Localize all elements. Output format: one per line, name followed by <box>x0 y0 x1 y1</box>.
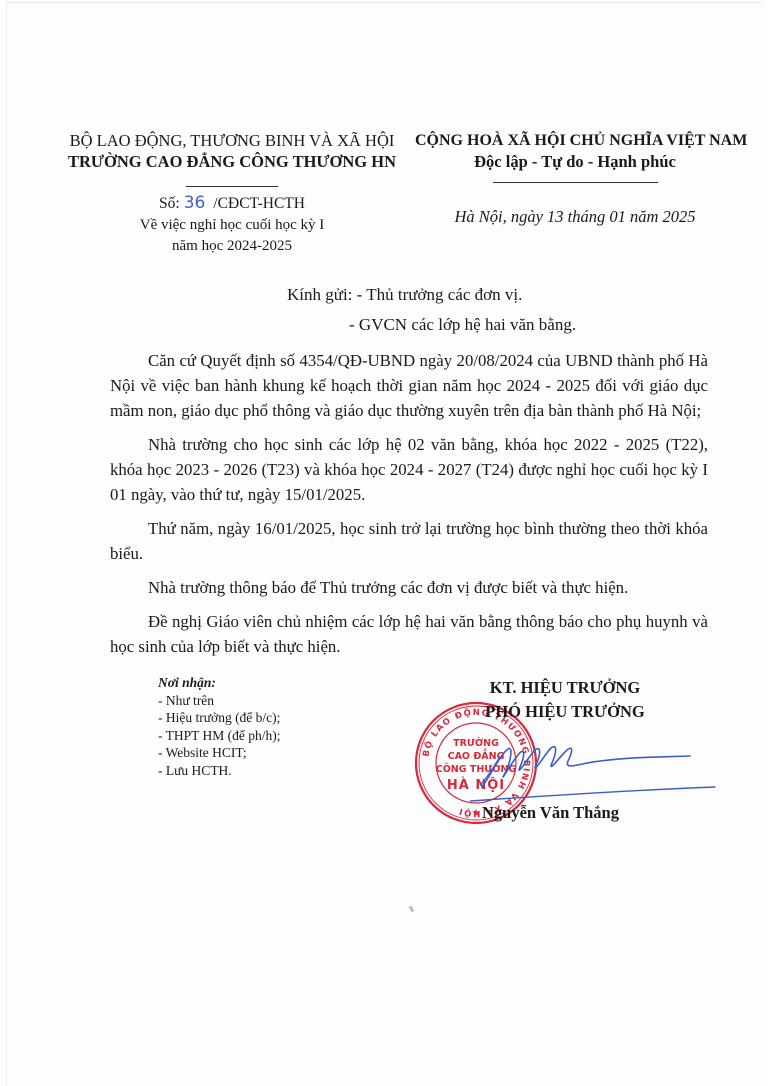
document-body: Căn cứ Quyết định số 4354/QĐ-UBND ngày 2… <box>110 348 708 668</box>
body-paragraph: Căn cứ Quyết định số 4354/QĐ-UBND ngày 2… <box>110 348 708 423</box>
national-motto: Độc lập - Tự do - Hạnh phúc <box>415 152 735 172</box>
document-number-label: Số: <box>159 195 180 212</box>
distribution-title: Nơi nhận: <box>158 674 281 692</box>
document-number-suffix: /CĐCT-HCTH <box>213 195 305 212</box>
body-paragraph: Thứ năm, ngày 16/01/2025, học sinh trở l… <box>110 516 708 566</box>
nation-name: CỘNG HOÀ XÃ HỘI CHỦ NGHĨA VIỆT NAM <box>415 130 735 152</box>
distribution-item: - Lưu HCTH. <box>158 762 281 780</box>
distribution-item: - Hiệu trưởng (để b/c); <box>158 709 281 727</box>
handwritten-signature-icon <box>470 735 720 805</box>
signer-name: Nguyễn Văn Thắng <box>482 803 619 823</box>
signature-block: KT. HIỆU TRƯỞNG PHÓ HIỆU TRƯỞNG Nguyễn V… <box>440 676 690 724</box>
motto-divider <box>493 182 658 183</box>
national-header: CỘNG HOÀ XÃ HỘI CHỦ NGHĨA VIỆT NAM Độc l… <box>415 130 735 227</box>
recipients: Kính gửi: - Thủ trưởng các đơn vị. - GVC… <box>287 280 576 340</box>
school-name: TRƯỜNG CAO ĐẲNG CÔNG THƯƠNG HN <box>62 152 402 172</box>
stamp-star-icon: ★ <box>472 808 481 819</box>
body-paragraph: Nhà trường cho học sinh các lớp hệ 02 vă… <box>110 432 708 507</box>
document-number-handwritten: 36 <box>184 193 206 213</box>
recipient-line-2: - GVCN các lớp hệ hai văn bằng. <box>287 310 576 340</box>
distribution-list: Nơi nhận: - Như trên - Hiệu trưởng (để b… <box>158 674 281 780</box>
scan-speck <box>409 906 415 913</box>
issuer-divider <box>186 186 278 187</box>
place-date: Hà Nội, ngày 13 tháng 01 năm 2025 <box>415 207 735 227</box>
body-paragraph: Đề nghị Giáo viên chủ nhiệm các lớp hệ h… <box>110 609 708 659</box>
body-paragraph: Nhà trường thông báo để Thủ trưởng các đ… <box>110 575 708 600</box>
signer-title: PHÓ HIỆU TRƯỞNG <box>440 700 690 724</box>
scan-edge-top <box>6 2 762 3</box>
subject-line-1: Về việc nghỉ học cuối học kỳ I <box>62 215 402 236</box>
signer-authority: KT. HIỆU TRƯỞNG <box>440 676 690 700</box>
subject-line-2: năm học 2024-2025 <box>62 236 402 257</box>
scan-edge-left <box>6 2 7 1086</box>
issuer-header: BỘ LAO ĐỘNG, THƯƠNG BINH VÀ XÃ HỘI TRƯỜN… <box>62 130 402 257</box>
ministry-name: BỘ LAO ĐỘNG, THƯƠNG BINH VÀ XÃ HỘI <box>62 130 402 152</box>
recipient-line-1: Kính gửi: - Thủ trưởng các đơn vị. <box>287 280 576 310</box>
distribution-item: - THPT HM (để ph/h); <box>158 727 281 745</box>
distribution-item: - Như trên <box>158 692 281 710</box>
document-number: Số:36/CĐCT-HCTH <box>62 192 402 215</box>
distribution-item: - Website HCIT; <box>158 744 281 762</box>
